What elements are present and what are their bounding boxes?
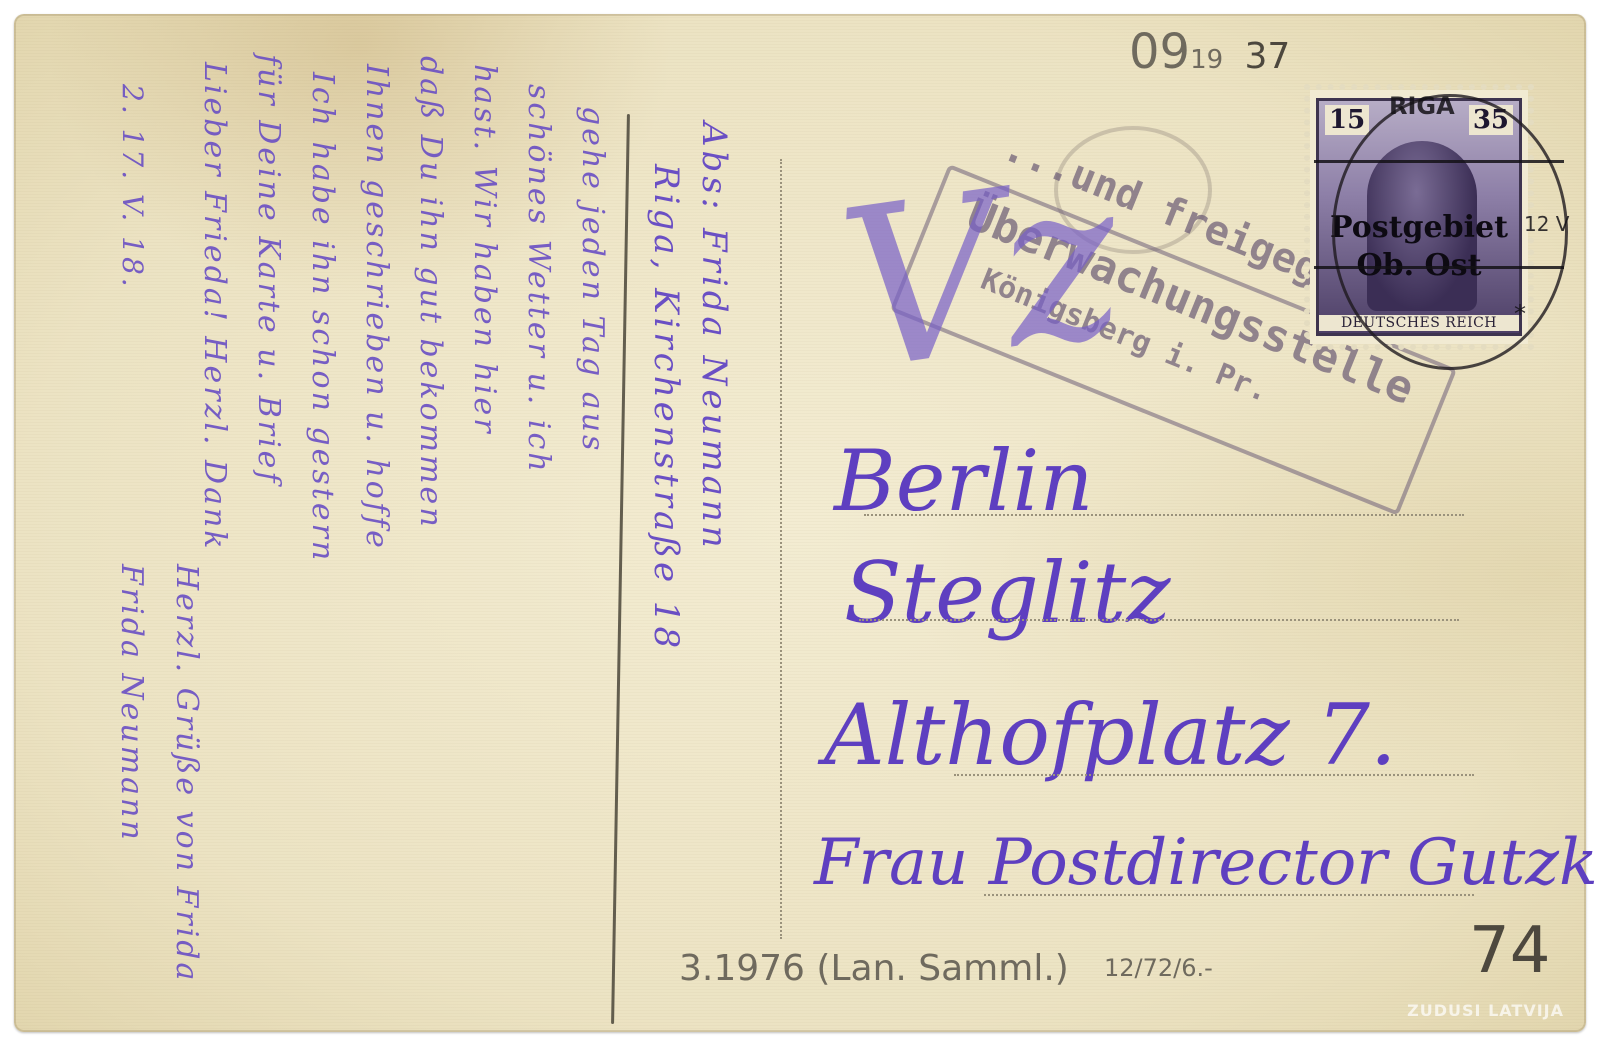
address-rule	[984, 894, 1474, 896]
message-line: gehe jeden Tag aus	[575, 106, 610, 453]
sender-name-text: Frida Neumann	[694, 228, 734, 552]
message-area: 2. 17. V. 18. Lieber Frieda! Herzl. Dank…	[54, 44, 614, 1024]
watermark: ZUDUSI LATVIJA	[1407, 1001, 1564, 1020]
message-line: Ihnen geschrieben u. hoffe	[359, 64, 394, 551]
address-recipient: Frau Postdirector Gutzke	[814, 826, 1600, 900]
stamp-value-left: 15	[1325, 105, 1369, 135]
message-line: daß Du ihn gut bekommen	[413, 56, 448, 530]
address-divider	[780, 159, 782, 939]
message-line: hast. Wir haben hier	[467, 64, 502, 436]
postmark-city: RIGA	[1389, 92, 1455, 120]
postmark-date: 12 V	[1524, 212, 1570, 236]
message-line: Lieber Frieda! Herzl. Dank	[197, 62, 232, 551]
address-rule	[859, 619, 1459, 621]
message-line: Ich habe ihn schon gestern	[305, 72, 340, 563]
censor-initial-mark: Vz	[830, 146, 1133, 402]
catalog-number: 0919 37	[1129, 24, 1290, 80]
message-signature: Frida Neumann	[114, 564, 149, 843]
postmark-star: *	[1514, 300, 1526, 328]
price-note: 12/72/6.-	[1104, 954, 1213, 982]
message-line: Herzl. Grüße von Frida	[169, 564, 204, 983]
address-district: Steglitz	[844, 544, 1171, 642]
corner-mark: 74	[1469, 914, 1550, 988]
address-rule	[954, 774, 1474, 776]
message-line: für Deine Karte u. Brief	[251, 54, 286, 486]
address-rule	[864, 514, 1464, 516]
postmark-bar	[1314, 266, 1564, 269]
collection-reference: 3.1976 (Lan. Samml.)	[679, 948, 1069, 989]
sender-name: Abs: Frida Neumann	[694, 122, 734, 552]
message-date: 2. 17. V. 18.	[116, 84, 149, 290]
postcard: 2. 17. V. 18. Lieber Frieda! Herzl. Dank…	[14, 14, 1586, 1032]
sender-label: Abs:	[694, 122, 734, 213]
message-line: schönes Wetter u. ich	[521, 84, 556, 475]
postmark-bar	[1314, 160, 1564, 163]
address-street: Althofplatz 7.	[824, 686, 1397, 784]
sender-address: Riga, Kirchenstraße 18	[646, 164, 686, 652]
